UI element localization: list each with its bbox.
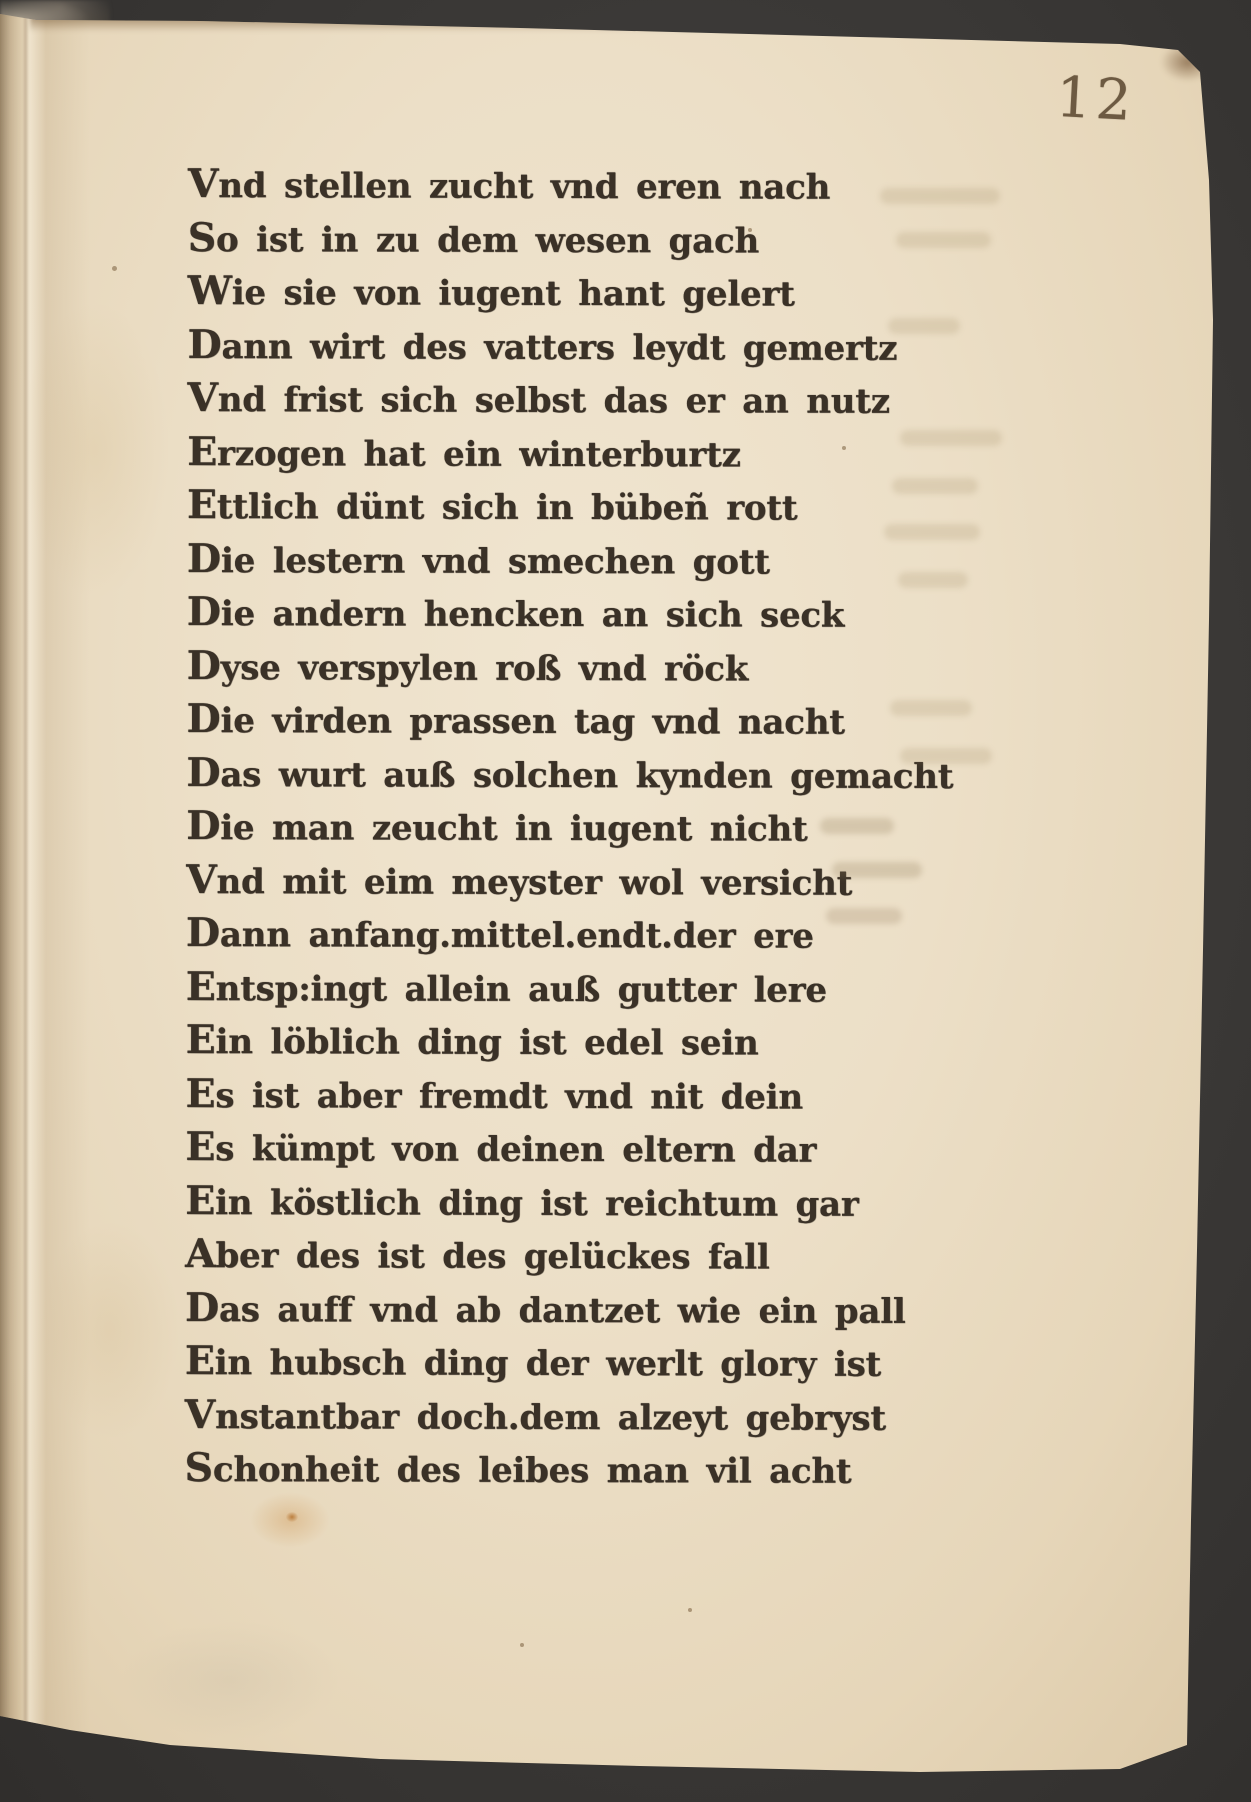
book-page: 12 Vnd stellen zucht vnd eren nachSo ist… [0, 0, 1251, 1802]
verse-text-block: Vnd stellen zucht vnd eren nachSo ist in… [184, 158, 827, 1497]
stain [120, 1620, 340, 1740]
show-through-mark [892, 478, 978, 494]
verse-line: Es ist aber fremdt vnd nit dein [185, 1067, 825, 1122]
verse-line: Das wurt auß solchen kynden gemacht [186, 746, 826, 801]
speck [748, 228, 752, 232]
verse-line: Aber des ist des gelückes fall [185, 1228, 825, 1283]
speck [842, 446, 846, 450]
show-through-mark [896, 232, 991, 248]
verse-line: Die virden prassen tag vnd nacht [186, 693, 826, 748]
photo-backdrop: 12 Vnd stellen zucht vnd eren nachSo ist… [0, 0, 1251, 1802]
show-through-mark [888, 318, 960, 334]
verse-line: Die andern hencken an sich seck [187, 586, 827, 641]
verse-line: Vnd frist sich selbst das er an nutz [187, 372, 827, 427]
stain [286, 1512, 298, 1522]
binding-gutter-shadow [0, 0, 90, 1802]
show-through-mark [880, 188, 1000, 204]
verse-line: So ist in zu dem wesen gach [188, 211, 828, 266]
show-through-mark [900, 430, 1002, 446]
verse-line: Vnd mit eim meyster wol versicht [186, 853, 826, 908]
verse-line: Ein löblich ding ist edel sein [186, 1014, 826, 1069]
verse-line: Das auff vnd ab dantzet wie ein pall [185, 1281, 825, 1336]
verse-line: Ettlich dünt sich in bübeñ rott [187, 479, 827, 534]
verse-line: Wie sie von iugent hant gelert [188, 265, 828, 320]
stain [40, 1220, 180, 1440]
stain [250, 1492, 330, 1548]
verse-line: Dyse verspylen roß vnd röck [187, 639, 827, 694]
speck [112, 266, 117, 271]
verse-line: Die man zeucht in iugent nicht [186, 800, 826, 855]
verse-line: Entsp:ingt allein auß gutter lere [186, 960, 826, 1015]
speck [688, 1608, 692, 1612]
show-through-mark [884, 524, 980, 540]
verse-line: Vnstantbar doch.dem alzeyt gebryst [185, 1388, 825, 1443]
verse-line: Dann wirt des vatters leydt gemertz [187, 318, 827, 373]
stain [20, 300, 170, 600]
verse-line: Dann anfang.mittel.endt.der ere [186, 907, 826, 962]
browned-top-edge [30, 16, 1213, 32]
verse-line: Schonheit des leibes man vil acht [184, 1442, 824, 1497]
handwritten-folio-number: 12 [1054, 65, 1177, 136]
show-through-mark [826, 908, 902, 924]
show-through-mark [820, 818, 894, 834]
verse-line: Es kümpt von deinen eltern dar [185, 1121, 825, 1176]
verse-line: Erzogen hat ein winterburtz [187, 425, 827, 480]
show-through-mark [890, 700, 972, 716]
speck [520, 1643, 524, 1647]
verse-line: Ein hubsch ding der werlt glory ist [185, 1335, 825, 1390]
show-through-mark [898, 572, 968, 588]
gutter-crease [24, 0, 27, 1802]
verse-line: Die lestern vnd smechen gott [187, 532, 827, 587]
show-through-mark [832, 862, 922, 878]
verse-line: Vnd stellen zucht vnd eren nach [188, 158, 828, 213]
verse-line: Ein köstlich ding ist reichtum gar [185, 1174, 825, 1229]
show-through-mark [900, 748, 992, 764]
